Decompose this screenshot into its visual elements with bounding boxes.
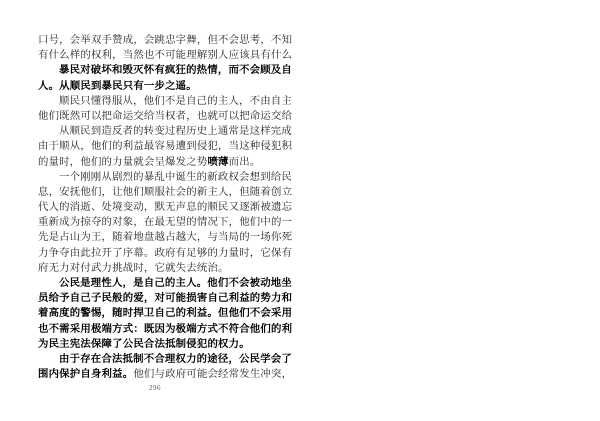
- text-run: 有什么样的权利，当然也不可能理解别人应该具有什么样的权利。: [38, 50, 292, 61]
- text-line: 力争夺由此拉开了序幕。政府有足够的力量时，它保有统治；政: [38, 246, 292, 261]
- text-run: 府无力对付武力挑战时，它就失去统治。: [38, 263, 229, 274]
- document-page-left: 口号，会举双手赞成，会跳忠字舞，但不会思考，不知道自己具有什么样的权利，当然也不…: [0, 0, 300, 421]
- text-run: 从顺民到造反者的转变过程历史上通常是这样完成的：顺民: [59, 126, 292, 137]
- text-line: 员给予自己子民般的爱，对可能损害自己利益的势力和行为保持: [38, 291, 292, 306]
- text-line: 公民是理性人，是自己的主人。他们不会被动地坐等政府官: [38, 276, 292, 291]
- left-page-number: 296: [149, 384, 161, 392]
- text-run: 息，安抚他们，让他们顺服社会的新主人，但随着创立政权的一: [38, 187, 292, 198]
- text-line: 代人的消逝、处境变动，默无声息的顺民又逐渐被遗忘了，他们: [38, 200, 292, 215]
- bold-text-run: 着高度的警惕，随时捍卫自己的利益。但他们不会采用极端方式，: [38, 308, 292, 319]
- text-line: 暴民对破坏和毁灭怀有疯狂的热情，而不会顾及自己以外的: [38, 63, 292, 78]
- text-run: 代人的消逝、处境变动，默无声息的顺民又逐渐被遗忘了，他们: [38, 202, 292, 213]
- text-line: 息，安抚他们，让他们顺服社会的新主人，但随着创立政权的一: [38, 185, 292, 200]
- text-run: 他们与政府可能会经常发生冲突，但不会发: [133, 369, 292, 380]
- text-line: 人。从顺民到暴民只有一步之遥。: [38, 79, 292, 94]
- text-run: 顺民只懂得服从，他们不是自己的主人，不由自主地作决定；: [59, 96, 292, 107]
- text-run: 由于顺从，他们的利益最容易遭到侵犯，当这种侵犯积累到一定: [38, 141, 292, 152]
- left-page-text-block: 口号，会举双手赞成，会跳忠字舞，但不会思考，不知道自己具有什么样的权利，当然也不…: [38, 33, 292, 382]
- text-line: 府无力对付武力挑战时，它就失去统治。: [38, 261, 292, 276]
- text-run: 力争夺由此拉开了序幕。政府有足够的力量时，它保有统治；政: [38, 248, 292, 259]
- bold-text-run: 公民是理性人，是自己的主人。他们不会被动地坐等政府官: [59, 278, 292, 289]
- book-spread-scan: 口号，会举双手赞成，会跳忠字舞，但不会思考，不知道自己具有什么样的权利，当然也不…: [0, 0, 600, 421]
- bold-text-run: 由于存在合法抵制不合理权力的途径，公民学会了在法律范: [59, 354, 292, 365]
- text-line: 他们既然可以把命运交给当权者，也就可以把命运交给“造反派”。: [38, 109, 292, 124]
- text-line: 为民主宪法保障了公民合法抵制侵犯的权力。: [38, 337, 292, 352]
- text-line: 顺民只懂得服从，他们不是自己的主人，不由自主地作决定；: [38, 94, 292, 109]
- text-run: 而出。: [229, 157, 261, 168]
- text-line: 口号，会举双手赞成，会跳忠字舞，但不会思考，不知道自己具: [38, 33, 292, 48]
- text-run: 他们既然可以把命运交给当权者，也就可以把命运交给“造反派”。: [38, 111, 292, 122]
- text-line: 一个刚刚从剧烈的暴乱中诞生的新政权会想到给民众休养生: [38, 170, 292, 185]
- text-line: 重新成为掠夺的对象，在最无望的情况下，他们中的一少部分人: [38, 215, 292, 230]
- document-page-right: 展到特别尖锐的程度，不会发展到破坏法律秩序的程度。公正的法律对于他们是头等重要的…: [300, 0, 600, 421]
- bold-text-run: 也不需采用极端方式：既因为极端方式不符合他们的利益，也因: [38, 324, 292, 335]
- text-line: 从顺民到造反者的转变过程历史上通常是这样完成的：顺民: [38, 124, 292, 139]
- bold-text-run: 为民主宪法保障了公民合法抵制侵犯的权力。: [38, 339, 250, 350]
- text-line: 先是占山为王，随着地盘越占越大，与当局的一场你死我活的武: [38, 230, 292, 245]
- bold-text-run: 暴民对破坏和毁灭怀有疯狂的热情，而不会顾及自己以外的: [59, 65, 292, 76]
- text-line: 由于存在合法抵制不合理权力的途径，公民学会了在法律范: [38, 352, 292, 367]
- text-run: 的量时，他们的力量就会呈爆发之势: [38, 157, 207, 168]
- text-line: 也不需采用极端方式：既因为极端方式不符合他们的利益，也因: [38, 322, 292, 337]
- bold-text-run: 喷薄: [207, 157, 228, 168]
- text-run: 口号，会举双手赞成，会跳忠字舞，但不会思考，不知道自己具: [38, 35, 292, 46]
- bold-text-run: 人。从顺民到暴民只有一步之遥。: [38, 81, 197, 92]
- text-line: 着高度的警惕，随时捍卫自己的利益。但他们不会采用极端方式，: [38, 306, 292, 321]
- text-run: 先是占山为王，随着地盘越占越大，与当局的一场你死我活的武: [38, 232, 292, 243]
- text-line: 由于顺从，他们的利益最容易遭到侵犯，当这种侵犯积累到一定: [38, 139, 292, 154]
- bold-text-run: 围内保护自身利益。: [38, 369, 133, 380]
- text-run: 重新成为掠夺的对象，在最无望的情况下，他们中的一少部分人: [38, 217, 292, 228]
- text-run: 一个刚刚从剧烈的暴乱中诞生的新政权会想到给民众休养生: [59, 172, 292, 183]
- text-line: 有什么样的权利，当然也不可能理解别人应该具有什么样的权利。: [38, 48, 292, 63]
- bold-text-run: 员给予自己子民般的爱，对可能损害自己利益的势力和行为保持: [38, 293, 292, 304]
- text-line: 围内保护自身利益。他们与政府可能会经常发生冲突，但不会发: [38, 367, 292, 382]
- text-line: 的量时，他们的力量就会呈爆发之势喷薄而出。: [38, 155, 292, 170]
